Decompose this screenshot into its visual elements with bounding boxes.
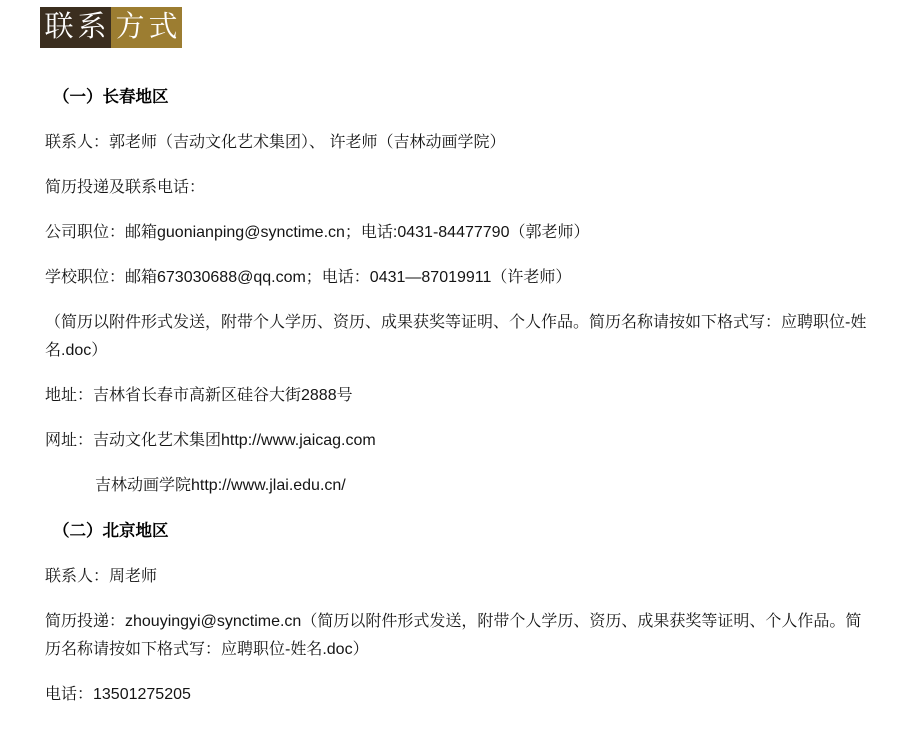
section-beijing: （二）北京地区 联系人：周老师 简历投递：zhouyingyi@synctime… xyxy=(45,517,870,709)
paragraph-website-school: 吉林动画学院http://www.jlai.edu.cn/ xyxy=(45,472,870,500)
paragraph-resume-submit: 简历投递：zhouyingyi@synctime.cn（简历以附件形式发送，附带… xyxy=(45,608,870,664)
page-title-badge: 联系 方式 xyxy=(40,7,182,48)
paragraph-school-position: 学校职位：邮箱673030688@qq.com；电话：0431—87019911… xyxy=(45,264,870,292)
section-heading-beijing: （二）北京地区 xyxy=(45,517,870,545)
page-title-badge-right: 方式 xyxy=(111,7,182,48)
paragraph-contacts: 联系人：郭老师（吉动文化艺术集团）、 许老师（吉林动画学院） xyxy=(45,129,870,157)
section-changchun: （一）长春地区 联系人：郭老师（吉动文化艺术集团）、 许老师（吉林动画学院） 简… xyxy=(45,83,870,500)
section-heading-changchun: （一）长春地区 xyxy=(45,83,870,111)
document-content: （一）长春地区 联系人：郭老师（吉动文化艺术集团）、 许老师（吉林动画学院） 简… xyxy=(45,83,870,709)
paragraph-phone: 电话：13501275205 xyxy=(45,681,870,709)
paragraph-website-group: 网址：吉动文化艺术集团http://www.jaicag.com xyxy=(45,427,870,455)
page-title-badge-left: 联系 xyxy=(40,7,111,48)
paragraph-resume-intro: 简历投递及联系电话： xyxy=(45,174,870,202)
paragraph-company-position: 公司职位：邮箱guonianping@synctime.cn；电话:0431-8… xyxy=(45,219,870,247)
paragraph-address: 地址：吉林省长春市高新区硅谷大街2888号 xyxy=(45,382,870,410)
paragraph-resume-note: （简历以附件形式发送，附带个人学历、资历、成果获奖等证明、个人作品。简历名称请按… xyxy=(45,309,870,365)
document-page: 联系 方式 （一）长春地区 联系人：郭老师（吉动文化艺术集团）、 许老师（吉林动… xyxy=(0,0,900,709)
paragraph-contacts-beijing: 联系人：周老师 xyxy=(45,563,870,591)
